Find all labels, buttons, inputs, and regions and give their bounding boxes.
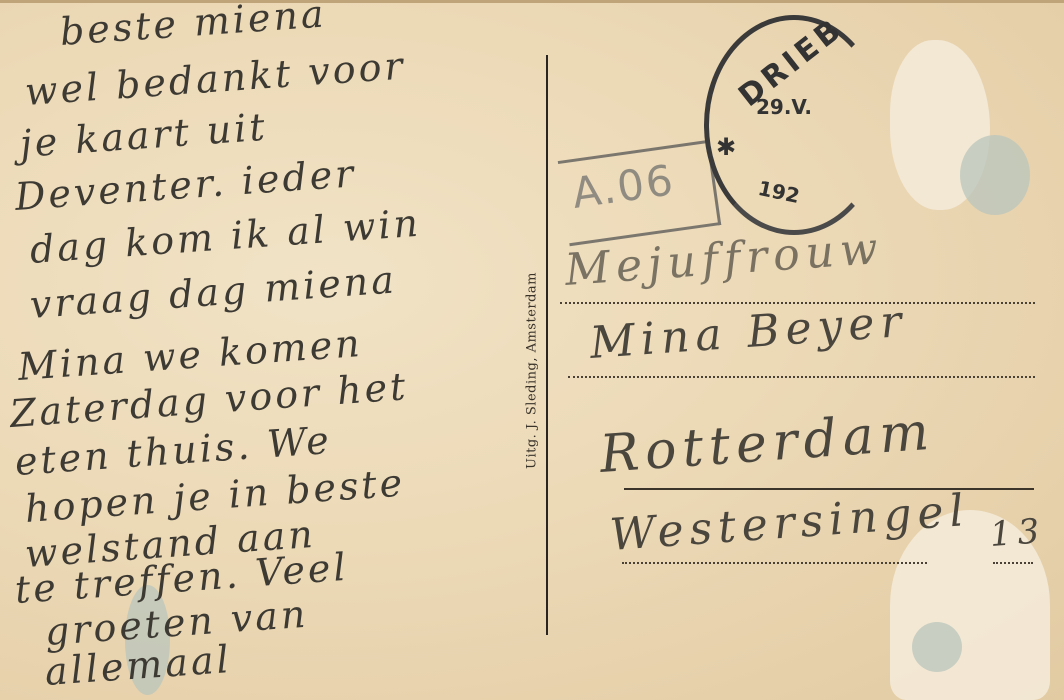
publisher-imprint: Uitg. J. Sleding, Amsterdam xyxy=(520,250,544,490)
postmark-marker: ✱ xyxy=(716,133,736,161)
message-line: wel bedankt voor xyxy=(23,43,406,113)
address-city: Rotterdam xyxy=(598,402,937,485)
address-dotted-line xyxy=(993,562,1033,564)
address-solid-line xyxy=(624,488,1034,490)
postcard-back: beste miena wel bedankt voor je kaart ui… xyxy=(0,0,1064,700)
address-dotted-line xyxy=(568,376,1035,378)
center-divider xyxy=(546,55,548,635)
address-dotted-line xyxy=(622,562,927,564)
paper-stain xyxy=(960,135,1030,215)
message-line: je kaart uit xyxy=(18,105,269,166)
paper-stain xyxy=(912,622,962,672)
message-line: beste miena xyxy=(58,0,327,54)
address-number: 13 xyxy=(989,511,1047,555)
postmark-date: 29.V. xyxy=(756,95,812,119)
address-name: Mina Beyer xyxy=(588,296,909,369)
